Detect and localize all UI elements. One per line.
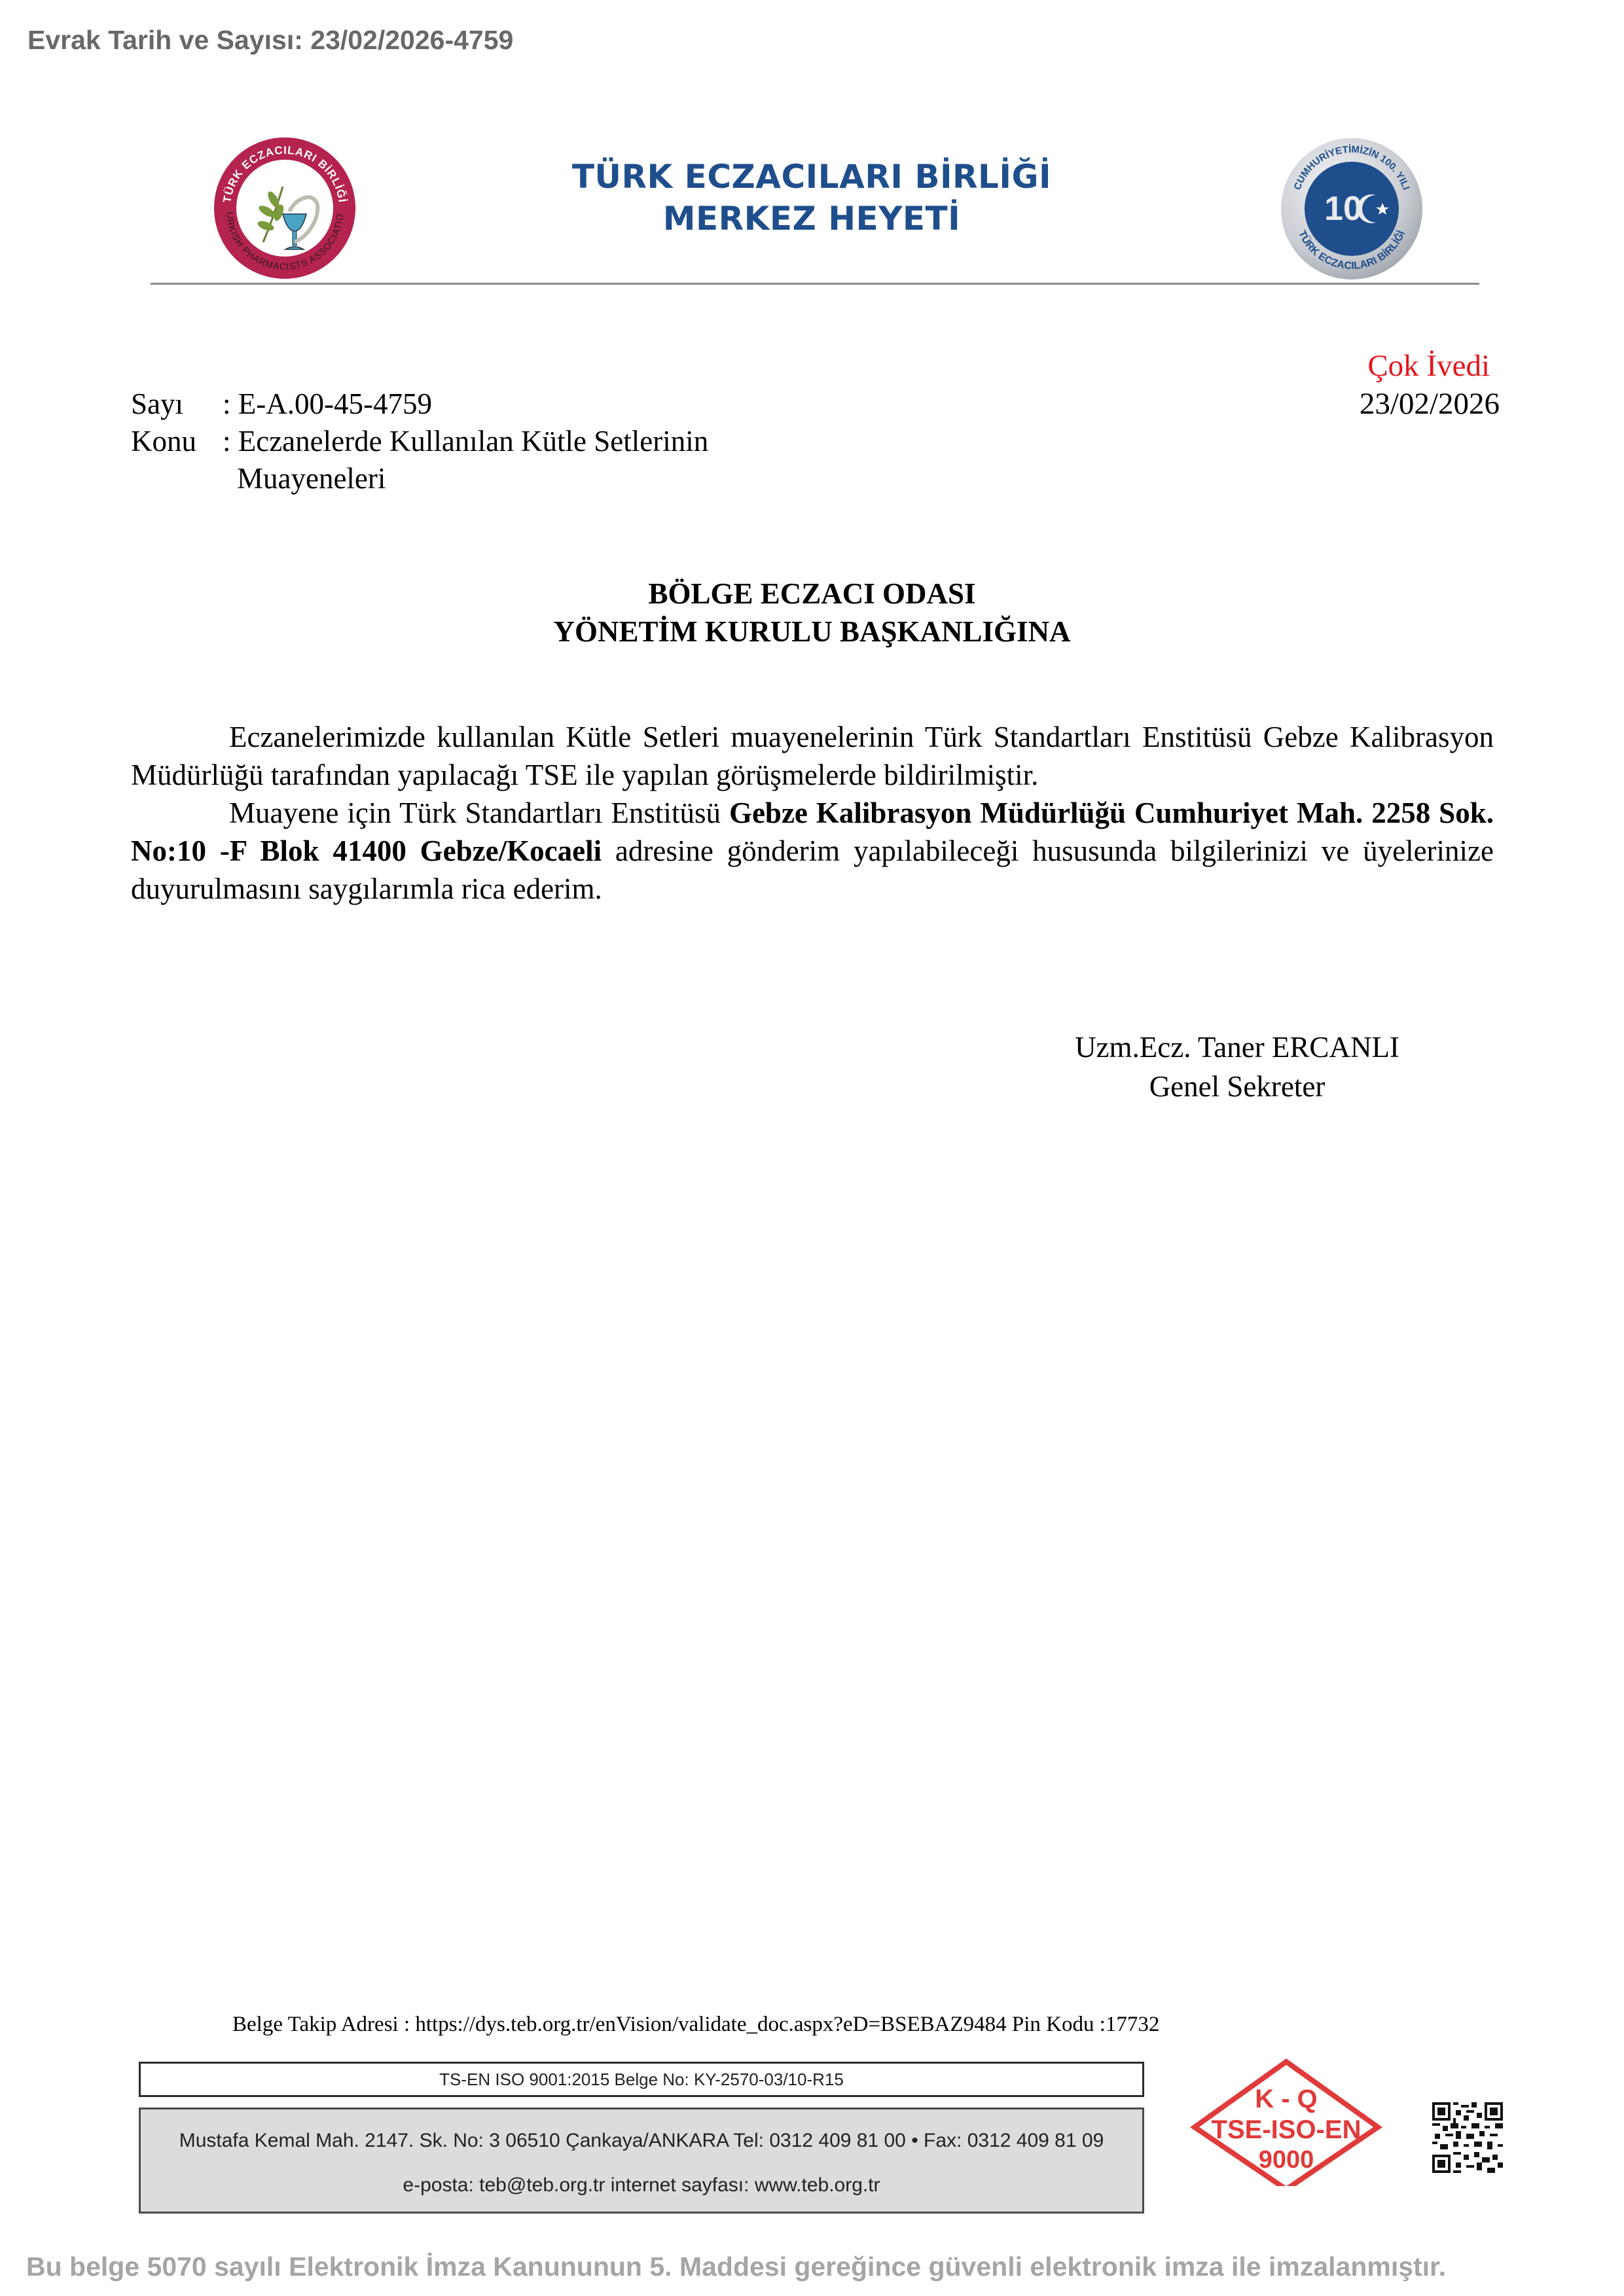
document-date: 23/02/2026 [1360, 385, 1500, 423]
addressee-block: BÖLGE ECZACI ODASI YÖNETİM KURULU BAŞKAN… [0, 575, 1624, 651]
document-tracking-address[interactable]: Belge Takip Adresi : https://dys.teb.org… [232, 2013, 1159, 2037]
iso-certificate-box: TS-EN ISO 9001:2015 Belge No: KY-2570-03… [139, 2062, 1144, 2097]
body-paragraph-2: Muayene için Türk Standartları Enstitüsü… [131, 794, 1494, 908]
signature-block: Uzm.Ecz. Taner ERCANLI Genel Sekreter [1041, 1028, 1434, 1106]
header-divider [151, 283, 1479, 285]
contact-address-box: Mustafa Kemal Mah. 2147. Sk. No: 3 06510… [139, 2108, 1144, 2214]
reference-number-value: : E-A.00-45-4759 [223, 387, 432, 420]
urgency-label: Çok İvedi [1367, 347, 1490, 385]
letter-body: Eczanelerimizde kullanılan Kütle Setleri… [131, 718, 1494, 908]
addressee-line-2: YÖNETİM KURULU BAŞKANLIĞINA [0, 613, 1624, 651]
signatory-name: Uzm.Ecz. Taner ERCANLI [1041, 1028, 1434, 1067]
organization-unit: MERKEZ HEYETİ [497, 198, 1126, 240]
organization-title: TÜRK ECZACILARI BİRLİĞİ MERKEZ HEYETİ [497, 156, 1126, 240]
postal-address-phone-fax: Mustafa Kemal Mah. 2147. Sk. No: 3 06510… [141, 2131, 1142, 2151]
addressee-line-1: BÖLGE ECZACI ODASI [0, 575, 1624, 613]
subject-label: Konu [131, 422, 223, 460]
qr-code-icon[interactable] [1432, 2102, 1503, 2173]
body-paragraph-1: Eczanelerimizde kullanılan Kütle Setleri… [131, 718, 1494, 794]
organization-name: TÜRK ECZACILARI BİRLİĞİ [497, 156, 1126, 198]
subject-value-continued: Muayeneleri [237, 459, 386, 497]
svg-text:K - Q: K - Q [1255, 2085, 1318, 2113]
subject-row: Konu: Eczanelerde Kullanılan Kütle Setle… [131, 422, 708, 460]
reference-number-label: Sayı [131, 385, 223, 423]
email-website[interactable]: e-posta: teb@teb.org.tr internet sayfası… [141, 2176, 1142, 2195]
reference-number-row: Sayı: E-A.00-45-4759 [131, 385, 432, 423]
electronic-signature-notice: Bu belge 5070 sayılı Elektronik İmza Kan… [26, 2251, 1446, 2282]
svg-text:9000: 9000 [1259, 2146, 1314, 2174]
tse-iso-en-9000-logo-icon: K - Q TSE-ISO-EN 9000 [1188, 2055, 1384, 2186]
body-paragraph-2-start: Muayene için Türk Standartları Enstitüsü [229, 797, 729, 829]
document-date-number-stamp: Evrak Tarih ve Sayısı: 23/02/2026-4759 [27, 25, 513, 56]
iso-certificate-text: TS-EN ISO 9001:2015 Belge No: KY-2570-03… [439, 2070, 844, 2090]
svg-text:10: 10 [1324, 190, 1362, 228]
republic-100-years-badge-icon: CUMHURİYETİMİZİN 100. YILI TÜRK ECZACILA… [1278, 135, 1426, 283]
teb-seal-logo-icon: TÜRK ECZACILARI BİRLİĞİ TURKISH PHARMACI… [211, 134, 359, 282]
signatory-title: Genel Sekreter [1041, 1067, 1434, 1106]
subject-value: : Eczanelerde Kullanılan Kütle Setlerini… [223, 425, 708, 457]
svg-text:TSE-ISO-EN: TSE-ISO-EN [1212, 2115, 1362, 2144]
